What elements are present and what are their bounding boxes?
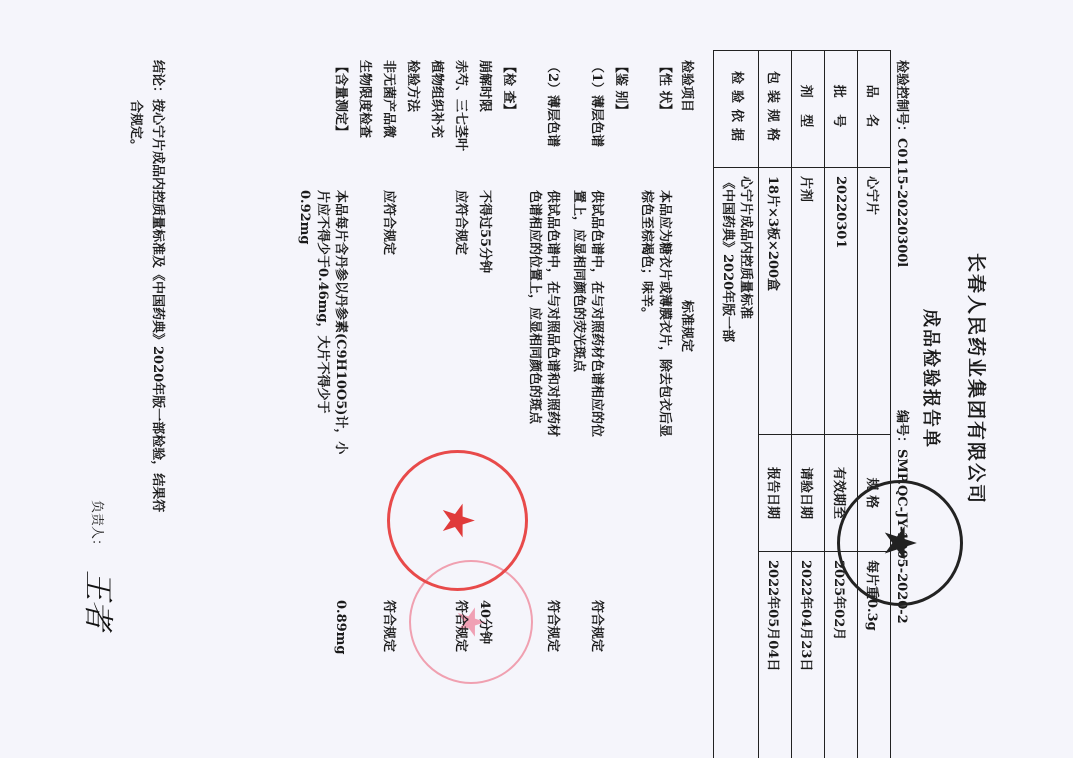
result-standard-line: 色谱相应的位置上，应显相同颜色的斑点: [525, 190, 543, 424]
conclusion-text: 合规定。: [128, 60, 143, 152]
result-standard-line: 本品应为糖衣片或薄膜衣片，除去包衣后显: [655, 190, 673, 437]
col-header-standard: 标准规定: [679, 300, 698, 352]
result-item-name: 赤芍、三七茎叶: [451, 60, 469, 151]
result-standard-line: 0.92mg: [295, 190, 313, 245]
cell-label: 剂 型: [792, 51, 825, 168]
result-item-name: 植物组织补充: [427, 60, 445, 138]
scanned-document-canvas: 长春人民药业集团有限公司 成品检验报告单 检验控制号：C0115-2022030…: [0, 0, 1073, 758]
cell-value: 20220301: [825, 168, 858, 435]
cell-label: 批 号: [825, 51, 858, 168]
result-value: 40分钟: [475, 600, 493, 644]
result-standard-line: 供试品色谱中，在与对照品色谱和对照药材: [543, 190, 561, 437]
control-number: 检验控制号：C0115-20220300l: [894, 60, 913, 267]
basis-line: 《中国药典》2020年版一部: [718, 176, 736, 751]
result-standard-line: 供试品色谱中，在与对照药材色谱相应的位: [587, 190, 605, 437]
result-item-name: 【含量测定】: [331, 60, 349, 138]
result-item-name: 生物限度检查: [355, 60, 373, 138]
result-standard-line: 应符合规定: [379, 190, 397, 255]
result-value: 0.89mg: [331, 600, 349, 655]
result-item-name: 【鉴 别】: [611, 60, 629, 117]
result-item-name: 崩解时限: [475, 60, 493, 112]
signoff-label: 负责人：: [89, 500, 108, 552]
result-item-name: 【性 状】: [655, 60, 673, 117]
cell-label: 品 名: [858, 51, 891, 168]
cell-label: 包装规格: [759, 51, 792, 168]
cell-label: 检验依据: [714, 51, 759, 168]
cell-label: 报告日期: [759, 435, 792, 552]
result-standard-line: 本品每片含丹参以丹参素(C9H10O5)计，小: [331, 190, 349, 454]
cell-value: 2022年04月23日: [792, 552, 825, 758]
result-item-name: 非无菌产品微: [379, 60, 397, 138]
product-info-table: 品 名 心宁片 规 格 每片重0.3g 批 号 20220301 有效期至 20…: [713, 50, 891, 758]
col-header-item: 检验项目: [679, 60, 698, 112]
cell-value: 18片×3板×200盒: [759, 168, 792, 435]
result-standard-line: 片应不得少于0.46mg，大片不得少于: [313, 190, 331, 414]
result-item-name: 检验方法: [403, 60, 421, 112]
conclusion-label: 结论：: [150, 60, 165, 99]
result-item-name: 【检 查】: [499, 60, 517, 117]
table-row: 包装规格 18片×3板×200盒 报告日期 2022年05月04日: [759, 51, 792, 758]
signature: 王者: [79, 570, 123, 630]
inspection-report-page: 长春人民药业集团有限公司 成品检验报告单 检验控制号：C0115-2022030…: [0, 0, 1073, 758]
result-value: 符合规定: [587, 600, 605, 652]
conclusion: 结论：按心宁片成品内控质量标准及《中国药典》2020年版一部检验，结果符 合规定…: [124, 60, 168, 512]
result-value: 符合规定: [379, 600, 397, 652]
table-row: 批 号 20220301 有效期至 2025年02月: [825, 51, 858, 758]
result-item-name: （1）薄层色谱: [587, 60, 605, 147]
result-standard-line: 棕色至棕褐色；味辛。: [637, 190, 655, 320]
company-seal-stamp: ★: [837, 480, 963, 606]
result-standard-line: 应符合规定: [451, 190, 469, 255]
table-row: 剂 型 片剂 请验日期 2022年04月23日: [792, 51, 825, 758]
report-title: 成品检验报告单: [919, 0, 945, 758]
result-value: 符合规定: [543, 600, 561, 652]
result-standard-line: 置上，应显相同颜色的荧光斑点: [569, 190, 587, 372]
conclusion-text: 按心宁片成品内控质量标准及《中国药典》2020年版一部检验，结果符: [150, 99, 165, 512]
cell-value: 心宁片: [858, 168, 891, 435]
company-name: 长春人民药业集团有限公司: [964, 0, 991, 758]
cell-value: 2022年05月04日: [759, 552, 792, 758]
basis-line: 心宁片成品内控质量标准: [736, 176, 754, 751]
result-item-name: （2）薄层色谱: [543, 60, 561, 147]
table-row: 检验依据 心宁片成品内控质量标准 《中国药典》2020年版一部: [714, 51, 759, 758]
result-value: 符合规定: [451, 600, 469, 652]
cell-value: 片剂: [792, 168, 825, 435]
cell-value: 心宁片成品内控质量标准 《中国药典》2020年版一部: [714, 168, 759, 758]
star-icon: ★: [875, 523, 926, 562]
star-icon: ★: [432, 501, 483, 540]
qc-approval-stamp: ★: [387, 450, 528, 591]
table-row: 品 名 心宁片 规 格 每片重0.3g: [858, 51, 891, 758]
cell-label: 请验日期: [792, 435, 825, 552]
result-standard-line: 不得过55分钟: [475, 190, 493, 273]
